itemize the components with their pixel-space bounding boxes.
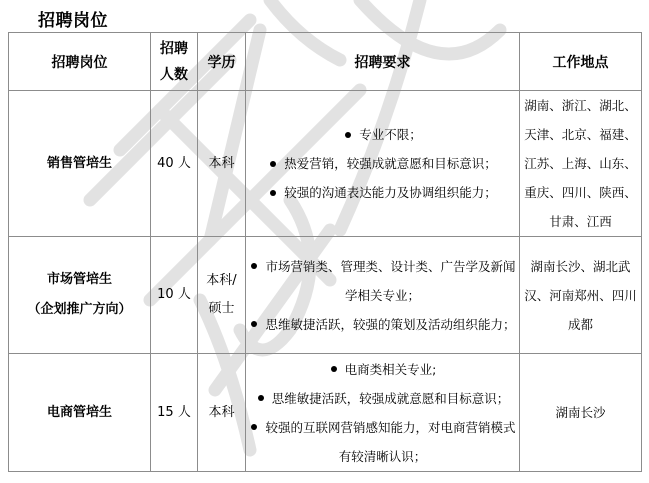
location-cell: 湖南长沙、湖北武汉、河南郑州、四川成都 (520, 237, 642, 354)
requirement-text: 热爱营销，较强成就意愿和目标意识； (284, 156, 497, 171)
header-count-line1: 招聘 (151, 36, 197, 62)
table-header-row: 招聘岗位 招聘 人数 学历 招聘要求 工作地点 (9, 33, 642, 91)
requirement-text: 较强的沟通表达能力及协调组织能力； (284, 185, 497, 200)
requirements-cell: 专业不限； 热爱营销，较强成就意愿和目标意识； 较强的沟通表达能力及协调组织能力… (246, 91, 520, 237)
position-subtitle: （企划推广方向） (9, 295, 150, 325)
table-row: 电商管培生 15 人 本科 电商类相关专业; 思维敏捷活跃，较强成就意愿和目标意… (9, 354, 642, 472)
requirement-item: 思维敏捷活跃，较强的策划及活动组织能力； (246, 310, 519, 339)
section-title: 招聘岗位 (38, 6, 108, 31)
requirement-text: 思维敏捷活跃，较强的策划及活动组织能力； (265, 317, 515, 332)
requirement-text: 电商类相关专业; (345, 362, 437, 377)
requirement-text: 市场营销类、管理类、设计类、广告学及新闻学相关专业； (265, 259, 515, 303)
requirement-item: 热爱营销，较强成就意愿和目标意识； (246, 149, 519, 178)
bullet-icon (345, 132, 351, 138)
bullet-icon (258, 395, 264, 401)
count-cell: 40 人 (151, 91, 198, 237)
count-cell: 15 人 (151, 354, 198, 472)
bullet-icon (270, 190, 276, 196)
requirements-cell: 市场营销类、管理类、设计类、广告学及新闻学相关专业； 思维敏捷活跃，较强的策划及… (246, 237, 520, 354)
header-education: 学历 (198, 33, 246, 91)
requirements-cell: 电商类相关专业; 思维敏捷活跃，较强成就意愿和目标意识； 较强的互联网营销感知能… (246, 354, 520, 472)
requirement-item: 电商类相关专业; (246, 355, 519, 384)
location-cell: 湖南长沙 (520, 354, 642, 472)
header-position: 招聘岗位 (9, 33, 151, 91)
location-cell: 湖南、浙江、湖北、天津、北京、福建、江苏、上海、山东、重庆、四川、陕西、甘肃、江… (520, 91, 642, 237)
bullet-icon (251, 321, 257, 327)
header-requirements: 招聘要求 (246, 33, 520, 91)
table-row: 销售管培生 40 人 本科 专业不限； 热爱营销，较强成就意愿和目标意识； 较强… (9, 91, 642, 237)
position-cell: 市场管培生 （企划推广方向） (9, 237, 151, 354)
requirement-text: 较强的互联网营销感知能力，对电商营销模式有较清晰认识； (265, 420, 515, 464)
bullet-icon (270, 161, 276, 167)
requirement-item: 较强的沟通表达能力及协调组织能力； (246, 178, 519, 207)
count-cell: 10 人 (151, 237, 198, 354)
bullet-icon (251, 263, 257, 269)
header-location: 工作地点 (520, 33, 642, 91)
header-count: 招聘 人数 (151, 33, 198, 91)
job-postings-table: 招聘岗位 招聘 人数 学历 招聘要求 工作地点 销售管培生 40 人 本科 专业… (8, 32, 642, 472)
requirement-text: 思维敏捷活跃，较强成就意愿和目标意识； (272, 391, 510, 406)
requirement-item: 市场营销类、管理类、设计类、广告学及新闻学相关专业； (246, 252, 519, 310)
table-row: 市场管培生 （企划推广方向） 10 人 本科/ 硕士 市场营销类、管理类、设计类… (9, 237, 642, 354)
bullet-icon (331, 366, 337, 372)
education-cell: 本科/ 硕士 (198, 237, 246, 354)
bullet-icon (251, 424, 257, 430)
position-name: 市场管培生 (9, 265, 150, 295)
position-cell: 电商管培生 (9, 354, 151, 472)
education-cell: 本科 (198, 354, 246, 472)
education-line1: 本科/ (198, 267, 245, 295)
education-line2: 硕士 (198, 295, 245, 323)
education-cell: 本科 (198, 91, 246, 237)
requirement-text: 专业不限； (359, 127, 422, 142)
header-count-line2: 人数 (151, 62, 197, 88)
requirement-item: 思维敏捷活跃，较强成就意愿和目标意识； (246, 384, 519, 413)
requirement-item: 较强的互联网营销感知能力，对电商营销模式有较清晰认识； (246, 413, 519, 471)
position-name: 电商管培生 (9, 398, 150, 428)
position-cell: 销售管培生 (9, 91, 151, 237)
requirement-item: 专业不限； (246, 120, 519, 149)
position-name: 销售管培生 (9, 149, 150, 179)
